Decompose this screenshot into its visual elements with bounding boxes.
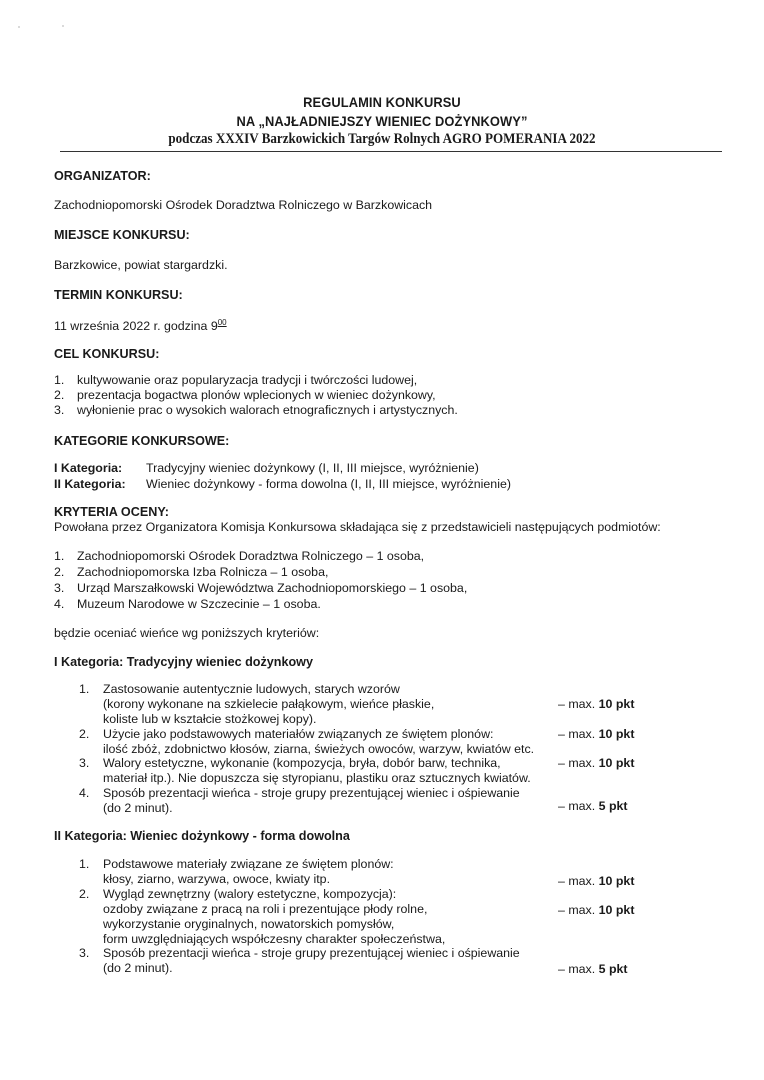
kryteria-outro: będzie oceniać wieńce wg poniższych kryt… xyxy=(54,626,319,640)
category-1-criterion-text: Sposób prezentacji wieńca - stroje grupy… xyxy=(103,786,520,800)
category-1-criterion-max-points: – max. 10 pkt xyxy=(558,697,634,711)
max-points-value: 10 pkt xyxy=(599,756,635,770)
category-2-criterion-max-points: – max. 10 pkt xyxy=(558,874,634,888)
max-points-value: 5 pkt xyxy=(599,962,628,976)
category-2-criterion-text: Podstawowe materiały związane ze świętem… xyxy=(103,857,394,871)
kryteria-intro: Powołana przez Organizatora Komisja Konk… xyxy=(54,520,661,534)
max-points-value: 10 pkt xyxy=(599,903,635,917)
cel-item-text: prezentacja bogactwa plonów wplecionych … xyxy=(77,388,436,402)
cel-item-text: wyłonienie prac o wysokich walorach etno… xyxy=(77,403,458,417)
category-2-criterion-number: 3. xyxy=(79,946,89,960)
category-1-criterion-number: 3. xyxy=(79,756,89,770)
max-points-prefix: – max. xyxy=(558,903,599,917)
section-heading-kryteria: KRYTERIA OCENY: xyxy=(54,505,169,519)
commission-member-number: 3. xyxy=(54,581,64,595)
cel-item-number: 1. xyxy=(54,373,64,387)
commission-member-text: Zachodniopomorska Izba Rolnicza – 1 osob… xyxy=(77,565,328,579)
scan-speck xyxy=(62,25,64,27)
category-1-criterion-text: Użycie jako podstawowych materiałów zwią… xyxy=(103,727,493,741)
category-2-criterion-number: 2. xyxy=(79,887,89,901)
max-points-value: 5 pkt xyxy=(599,799,628,813)
commission-member-number: 1. xyxy=(54,549,64,563)
category-1-heading: I Kategoria: Tradycyjny wieniec dożynkow… xyxy=(54,655,313,669)
document-title-contest-name: NA „NAJŁADNIEJSZY WIENIEC DOŻYNKOWY” xyxy=(31,113,734,129)
commission-member-text: Muzeum Narodowe w Szczecinie – 1 osoba. xyxy=(77,597,321,611)
document-title: REGULAMIN KONKURSU xyxy=(31,94,734,110)
max-points-prefix: – max. xyxy=(558,697,599,711)
max-points-value: 10 pkt xyxy=(599,727,635,741)
organizator-text: Zachodniopomorski Ośrodek Doradztwa Roln… xyxy=(54,198,432,212)
commission-member-text: Urząd Marszałkowski Województwa Zachodni… xyxy=(77,581,467,595)
category-1-criterion-text: (do 2 minut). xyxy=(103,801,173,815)
termin-date: 11 września 2022 r. godzina 9 xyxy=(54,319,218,333)
category-2-criterion-text: Sposób prezentacji wieńca - stroje grupy… xyxy=(103,946,520,960)
category-2-heading: II Kategoria: Wieniec dożynkowy - forma … xyxy=(54,829,350,843)
max-points-value: 10 pkt xyxy=(599,697,635,711)
scan-speck xyxy=(18,26,20,28)
max-points-prefix: – max. xyxy=(558,756,599,770)
category-2-criterion-text: kłosy, ziarno, warzywa, owoce, kwiaty it… xyxy=(103,872,330,886)
section-heading-organizator: ORGANIZATOR: xyxy=(54,169,151,183)
category-1-criterion-text: Walory estetyczne, wykonanie (kompozycja… xyxy=(103,756,501,770)
category-2-criterion-text: Wygląd zewnętrzny (walory estetyczne, ko… xyxy=(103,887,396,901)
category-label: II Kategoria: xyxy=(54,477,126,491)
category-2-criterion-number: 1. xyxy=(79,857,89,871)
commission-member-text: Zachodniopomorski Ośrodek Doradztwa Roln… xyxy=(77,549,424,563)
category-1-criterion-max-points: – max. 5 pkt xyxy=(558,799,628,813)
category-1-criterion-number: 2. xyxy=(79,727,89,741)
category-1-criterion-max-points: – max. 10 pkt xyxy=(558,727,634,741)
category-2-criterion-text: form uwzględniających współczesny charak… xyxy=(103,932,445,946)
cel-item-number: 2. xyxy=(54,388,64,402)
category-1-criterion-max-points: – max. 10 pkt xyxy=(558,756,634,770)
category-1-criterion-text: Zastosowanie autentycznie ludowych, star… xyxy=(103,682,400,696)
max-points-prefix: – max. xyxy=(558,799,599,813)
category-2-criterion-text: wykorzystanie oryginalnych, nowatorskich… xyxy=(103,917,394,931)
section-heading-cel: CEL KONKURSU: xyxy=(54,347,159,361)
max-points-prefix: – max. xyxy=(558,874,599,888)
miejsce-text: Barzkowice, powiat stargardzki. xyxy=(54,258,228,272)
category-2-criterion-max-points: – max. 10 pkt xyxy=(558,903,634,917)
termin-time-minutes: 00 xyxy=(218,318,227,327)
category-1-criterion-text: materiał itp.). Nie dopuszcza się styrop… xyxy=(103,771,531,785)
category-2-criterion-max-points: – max. 5 pkt xyxy=(558,962,628,976)
section-heading-miejsce: MIEJSCE KONKURSU: xyxy=(54,228,190,242)
max-points-value: 10 pkt xyxy=(599,874,635,888)
document-subtitle: podczas XXXIV Barzkowickich Targów Rolny… xyxy=(38,131,726,148)
category-description: Tradycyjny wieniec dożynkowy (I, II, III… xyxy=(146,461,479,475)
category-1-criterion-text: (korony wykonane na szkielecie pałąkowym… xyxy=(103,697,434,711)
max-points-prefix: – max. xyxy=(558,727,599,741)
category-label: I Kategoria: xyxy=(54,461,122,475)
commission-member-number: 2. xyxy=(54,565,64,579)
category-2-criterion-text: (do 2 minut). xyxy=(103,961,173,975)
category-2-criterion-text: ozdoby związane z pracą na roli i prezen… xyxy=(103,902,427,916)
commission-member-number: 4. xyxy=(54,597,64,611)
category-1-criterion-number: 1. xyxy=(79,682,89,696)
cel-item-text: kultywowanie oraz popularyzacja tradycji… xyxy=(77,373,417,387)
cel-item-number: 3. xyxy=(54,403,64,417)
section-heading-termin: TERMIN KONKURSU: xyxy=(54,288,183,302)
section-heading-kategorie: KATEGORIE KONKURSOWE: xyxy=(54,434,229,448)
category-1-criterion-text: ilość zbóż, zdobnictwo kłosów, ziarna, ś… xyxy=(103,742,534,756)
category-1-criterion-number: 4. xyxy=(79,786,89,800)
max-points-prefix: – max. xyxy=(558,962,599,976)
header-rule xyxy=(60,151,722,152)
category-1-criterion-text: koliste lub w kształcie stożkowej kopy). xyxy=(103,712,316,726)
category-description: Wieniec dożynkowy - forma dowolna (I, II… xyxy=(146,477,511,491)
termin-text: 11 września 2022 r. godzina 900 xyxy=(54,318,227,333)
